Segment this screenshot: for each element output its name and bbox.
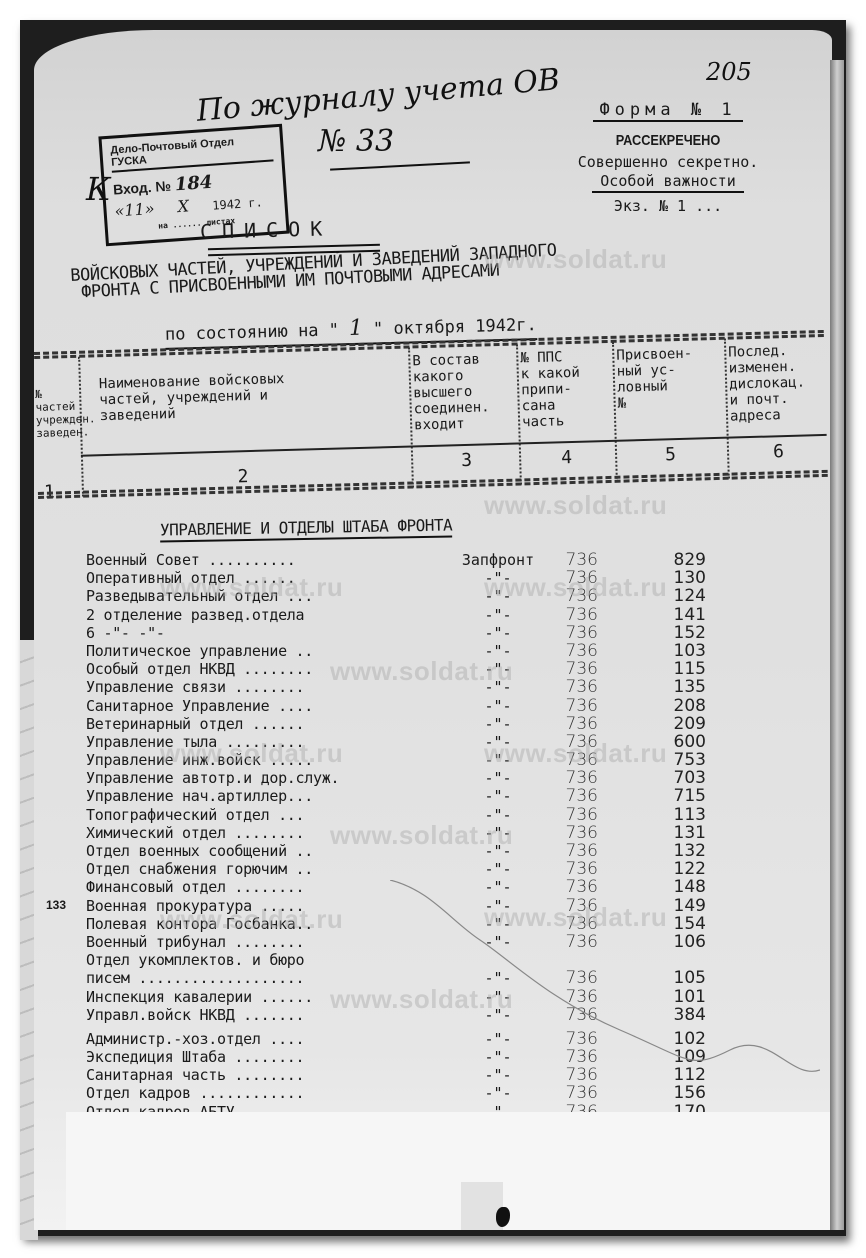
- table-row: Ветеринарный отдел ......-"-736209: [86, 716, 726, 734]
- table-row: 6 -"- -"--"-736152: [86, 625, 726, 643]
- table-row: писем ...................-"-736105: [86, 970, 726, 988]
- table-row: Управление автотр.и дор.служ.-"-736703: [86, 770, 726, 788]
- table-row: Отдел снабжения горючим ..-"-736122: [86, 861, 726, 879]
- column-number-4: 4: [561, 447, 572, 468]
- table-row: Инспекция кавалерии ......-"-736101: [86, 989, 726, 1007]
- table-row: Администр.-хоз.отдел ....-"-736102: [86, 1031, 726, 1049]
- as-of-day: 1: [339, 315, 374, 341]
- secrecy-classification: Совершенно секретно. Особой важности: [548, 153, 788, 193]
- column-number-5: 5: [665, 444, 676, 465]
- table-row: Управл.войск НКВД .......-"-736384: [86, 1007, 726, 1025]
- unit-list: Военный Совет ..........Запфронт736829 О…: [86, 552, 726, 1140]
- table-row: Военный трибунал ........-"-736106: [86, 934, 726, 952]
- column-header-2: Наименование войсковых частей, учреждени…: [99, 368, 400, 424]
- declassified-stamp: РАССЕКРЕЧЕНО: [566, 132, 770, 149]
- table-row: Управление нач.артиллер...-"-736715: [86, 788, 726, 806]
- table-row: Полевая контора Госбанка..-"-736154: [86, 916, 726, 934]
- table-row: Санитарная часть ........-"-736112: [86, 1067, 726, 1085]
- table-row: Санитарное Управление ....-"-736208: [86, 698, 726, 716]
- paper-hole: [496, 1207, 510, 1227]
- column-header-3: В состав какого высшего соединен. входит: [412, 351, 514, 434]
- header-bottom-rule: [38, 470, 828, 495]
- document-title: СПИСОК: [200, 216, 333, 243]
- table-row: Политическое управление ..-"-736103: [86, 643, 726, 661]
- column-header-4: № ППС к какой припи- сана часть: [520, 348, 614, 431]
- column-header-1: № частей учрежден. заведен.: [35, 387, 78, 440]
- journal-number: № 33: [318, 124, 394, 159]
- table-row: Управление инж.войск .....-"-736753: [86, 752, 726, 770]
- column-number-6: 6: [773, 441, 784, 462]
- stamp-incoming-number: 184: [174, 172, 213, 196]
- form-header: Форма № 1 РАССЕКРЕЧЕНО Совершенно секрет…: [548, 100, 788, 215]
- table-header: № частей учрежден. заведен. Наименование…: [34, 330, 828, 512]
- table-row: Управление тыла .........-"-736600: [86, 734, 726, 752]
- table-row: Особый отдел НКВД ........-"-736115: [86, 661, 726, 679]
- table-row: Отдел военных сообщений ..-"-736132: [86, 843, 726, 861]
- stamp-office: Дело-Почтовый Отдел ГУСКА: [110, 133, 274, 172]
- copy-number: Экз. № 1 ...: [548, 197, 788, 215]
- sheet-number: 205: [706, 58, 752, 86]
- page-stack-edge: [830, 60, 844, 1230]
- table-row: Управление связи ........-"-736135: [86, 679, 726, 697]
- table-row: Разведывательный отдел ...-"-736124: [86, 588, 726, 606]
- table-row: Экспедиция Штаба ........-"-736109: [86, 1049, 726, 1067]
- table-row: Военная прокуратура .....-"-736149: [86, 898, 726, 916]
- side-page-number: 133: [46, 898, 66, 912]
- table-row: Химический отдел ........-"-736131: [86, 825, 726, 843]
- column-number-2: 2: [237, 466, 248, 487]
- table-row: Военный Совет ..........Запфронт736829: [86, 552, 726, 570]
- form-number: Форма № 1: [593, 100, 742, 122]
- table-row: Оперативный отдел ......-"-736130: [86, 570, 726, 588]
- table-row: Отдел укомплектов. и бюро: [86, 952, 726, 970]
- table-row: Финансовый отдел ........-"-736148: [86, 879, 726, 897]
- table-row: Отдел кадров ............-"-736156: [86, 1085, 726, 1103]
- column-number-3: 3: [461, 450, 472, 471]
- table-row: Топографический отдел ...-"-736113: [86, 807, 726, 825]
- column-header-6: Послед. изменен. дислокац. и почт. адрес…: [728, 342, 826, 425]
- table-row: 2 отделение развед.отдела-"-736141: [86, 607, 726, 625]
- column-header-5: Присвоен- ный ус- ловный №: [616, 345, 724, 412]
- header-mid-rule: [81, 434, 827, 457]
- bottom-paper-flap: [66, 1112, 830, 1230]
